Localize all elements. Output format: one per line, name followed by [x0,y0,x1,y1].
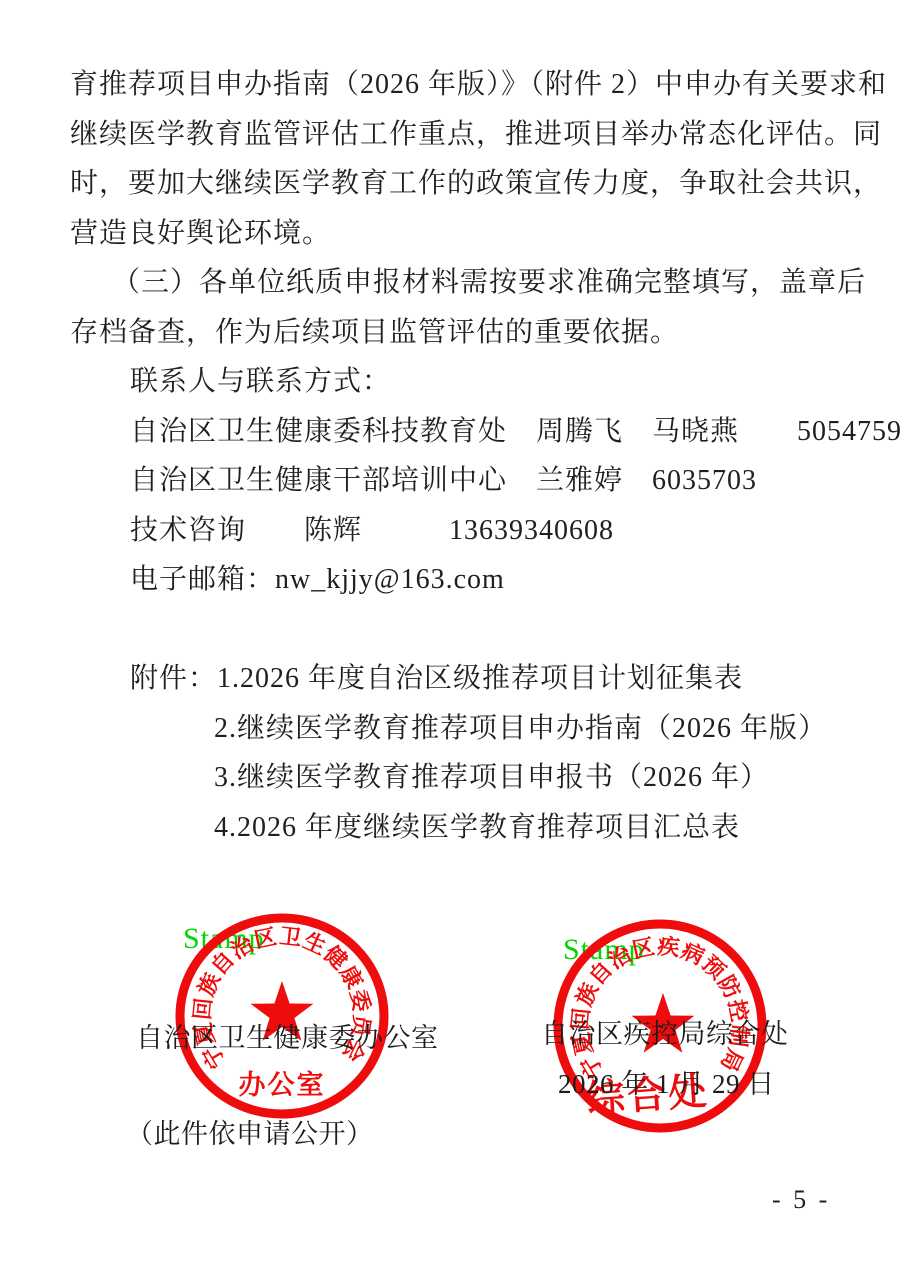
document-line: （三）各单位纸质申报材料需按要求准确完整填写，盖章后 [70,258,885,308]
blank-line [70,605,885,655]
issuer-left-office: 自治区卫生健康委办公室 [136,1016,439,1055]
contact-heading: 联系人与联系方式： [70,357,885,407]
issuer-right-office: 自治区疾控局综合处 [541,1012,789,1051]
seal-bottom-label: 办公室 [239,1070,326,1100]
contact-line: 技术咨询 陈辉 13639340608 [70,506,885,556]
contact-line: 自治区卫生健康干部培训中心 兰雅婷 6035703 [70,456,885,506]
attachment-line: 附件：1.2026 年度自治区级推荐项目计划征集表 [70,654,885,704]
document-line: 继续医学教育监管评估工作重点，推进项目举办常态化评估。同 [70,110,885,160]
page-number: - 5 - [772,1185,830,1215]
attachment-line: 3.继续医学教育推荐项目申报书（2026 年） [70,753,885,803]
document-body: 育推荐项目申办指南（2026 年版）》（附件 2）中申办有关要求和 继续医学教育… [70,60,885,852]
document-line: 时，要加大继续医学教育工作的政策宣传力度，争取社会共识， [70,159,885,209]
document-page: 育推荐项目申办指南（2026 年版）》（附件 2）中申办有关要求和 继续医学教育… [0,0,908,1262]
attachment-line: 2.继续医学教育推荐项目申办指南（2026 年版） [70,704,885,754]
document-line: 育推荐项目申办指南（2026 年版）》（附件 2）中申办有关要求和 [70,60,885,110]
document-line: 存档备查，作为后续项目监管评估的重要依据。 [70,308,885,358]
disclosure-note: （此件依申请公开） [126,1112,374,1151]
issue-date: 2026 年 1 月 29 日 [558,1062,775,1101]
contact-email-line: 电子邮箱：nw_kjjy@163.com [70,555,885,605]
attachment-line: 4.2026 年度继续医学教育推荐项目汇总表 [70,803,885,853]
document-line: 营造良好舆论环境。 [70,209,885,259]
contact-line: 自治区卫生健康委科技教育处 周腾飞 马晓燕 5054759 [70,407,885,457]
